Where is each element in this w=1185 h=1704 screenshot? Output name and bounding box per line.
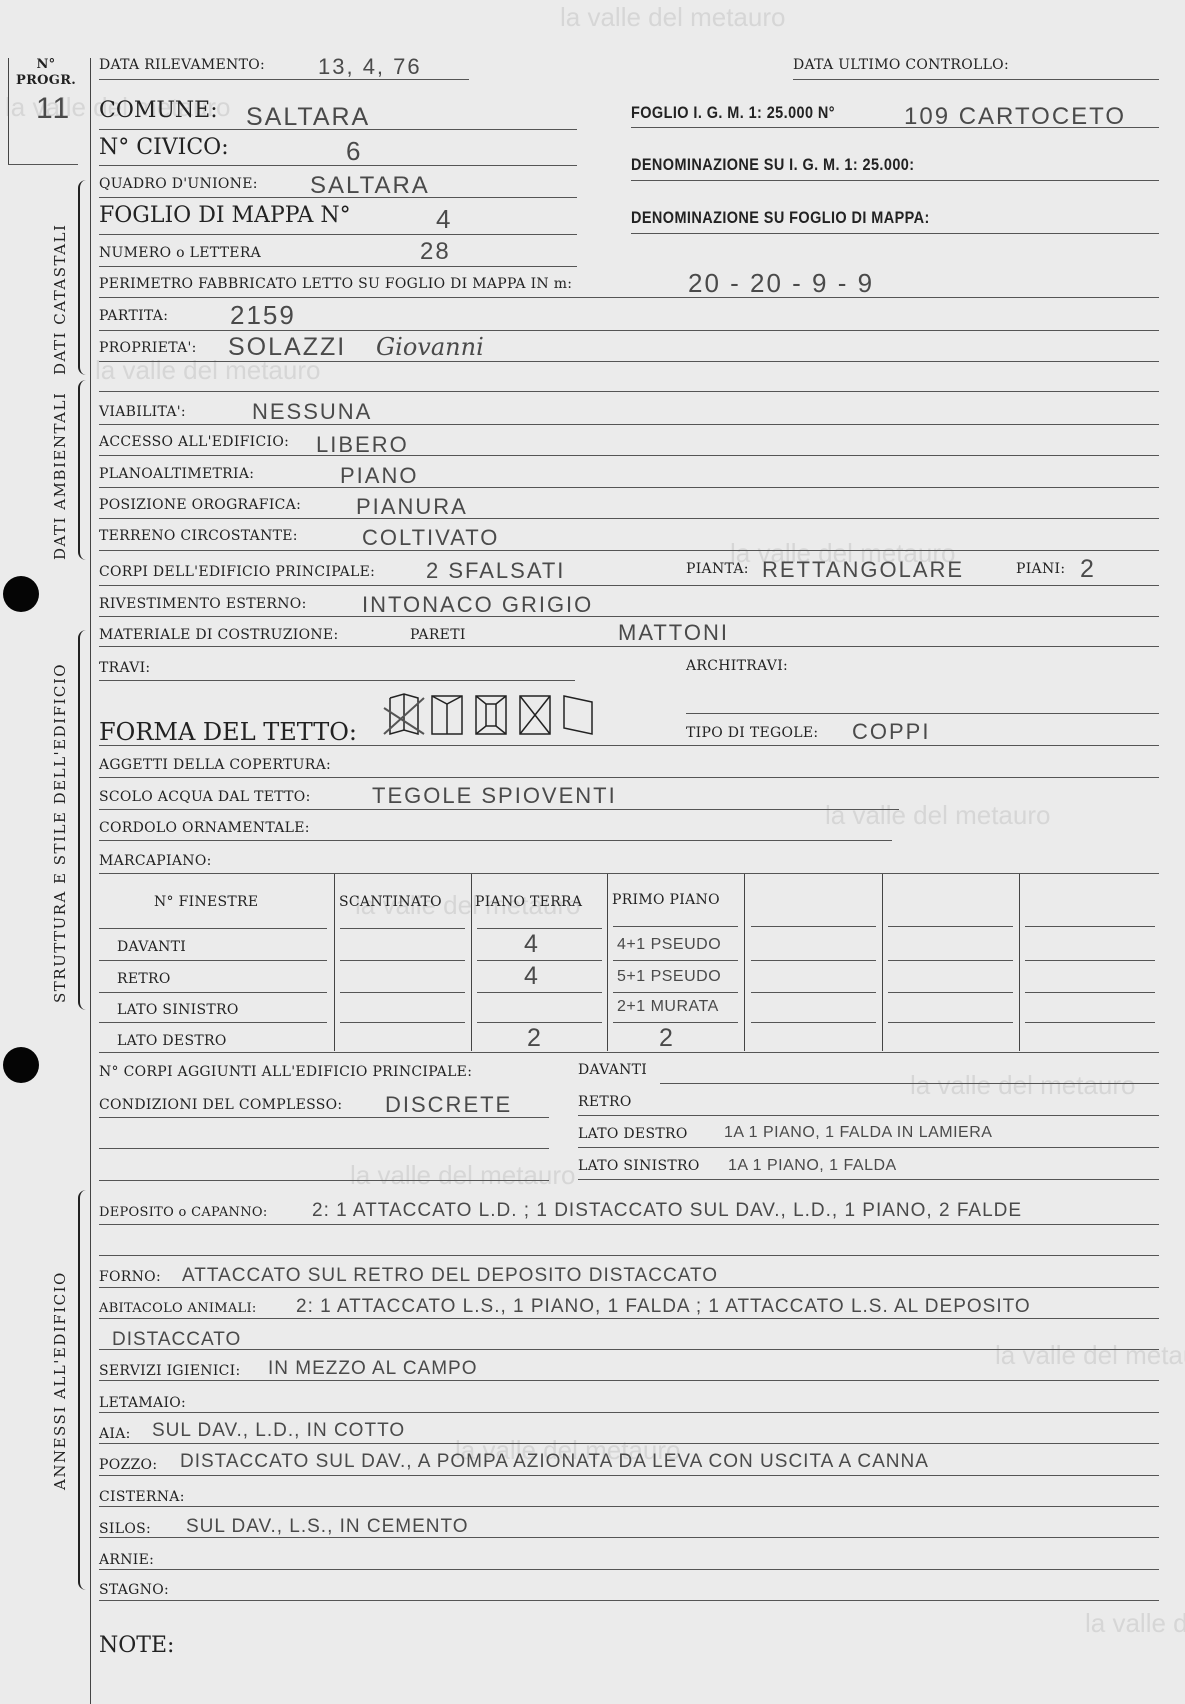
perimetro-label: PERIMETRO FABBRICATO LETTO SU FOGLIO DI … — [99, 276, 572, 292]
aia-field[interactable]: SUL DAV., L.D., IN COTTO — [152, 1420, 405, 1442]
corpi-label: CORPI DELL'EDIFICIO PRINCIPALE: — [99, 564, 375, 580]
roof-padiglione-icon[interactable] — [476, 696, 506, 734]
partita-field[interactable]: 2159 — [230, 300, 296, 331]
field-underline — [578, 1179, 1159, 1180]
roof-shapes — [380, 690, 600, 740]
field-underline — [99, 424, 1159, 425]
aia-label: AIA: — [99, 1426, 131, 1442]
igm-denom-label: DENOMINAZIONE SU I. G. M. 1: 25.000: — [631, 155, 914, 175]
row-line — [888, 926, 1013, 927]
row-line — [613, 926, 738, 927]
section-brace — [78, 180, 88, 375]
margin-line — [90, 58, 91, 1704]
aggiunti-davanti-label: DAVANTI — [578, 1062, 647, 1078]
table-cell[interactable]: 2 — [527, 1024, 543, 1053]
progr-label: N° PROGR. — [16, 57, 76, 89]
aggetti-field[interactable] — [99, 777, 1159, 778]
servizi-field[interactable]: IN MEZZO AL CAMPO — [268, 1358, 478, 1380]
pianta-label: PIANTA: — [686, 561, 749, 577]
proprieta-field-cursive[interactable]: Giovanni — [376, 333, 484, 361]
field-underline — [99, 745, 1159, 746]
viabilita-label: VIABILITA': — [99, 404, 186, 420]
side-label-catastali: DATI CATASTALI — [51, 224, 69, 375]
row-label: LATO SINISTRO — [117, 1002, 239, 1018]
field-underline — [99, 550, 1159, 551]
architravi-field[interactable] — [686, 713, 1159, 714]
posizione-label: POSIZIONE OROGRAFICA: — [99, 497, 301, 513]
posizione-field[interactable]: PIANURA — [356, 494, 468, 520]
table-cell[interactable]: 2+1 MURATA — [617, 998, 719, 1016]
travi-label: TRAVI: — [99, 660, 150, 676]
civico-field[interactable]: 6 — [346, 136, 362, 167]
field-underline — [99, 616, 1159, 617]
scolo-label: SCOLO ACQUA DAL TETTO: — [99, 789, 311, 805]
aggiunti-destro-label: LATO DESTRO — [578, 1126, 688, 1142]
partita-label: PARTITA: — [99, 308, 168, 324]
field-underline — [99, 1318, 1159, 1319]
cordolo-label: CORDOLO ORNAMENTALE: — [99, 820, 310, 836]
forno-field[interactable]: ATTACCATO SUL RETRO DEL DEPOSITO DISTACC… — [182, 1265, 718, 1287]
civico-label: N° CIVICO: — [99, 135, 229, 160]
animali-field-cont[interactable]: DISTACCATO — [112, 1329, 241, 1351]
deposito-label: DEPOSITO o CAPANNO: — [99, 1205, 268, 1220]
igm-foglio-label: FOGLIO I. G. M. 1: 25.000 N° — [631, 103, 835, 123]
accesso-label: ACCESSO ALL'EDIFICIO: — [99, 434, 289, 450]
architravi-label: ARCHITRAVI: — [686, 658, 788, 674]
field-underline — [99, 646, 1159, 647]
note-label: NOTE: — [99, 1633, 174, 1658]
field-underline — [99, 266, 577, 267]
viabilita-field[interactable]: NESSUNA — [252, 399, 372, 425]
table-row: LATO SINISTRO 2+1 MURATA — [99, 992, 1159, 1022]
side-label-ambientali: DATI AMBIENTALI — [51, 392, 69, 560]
comune-label: COMUNE: — [99, 98, 218, 123]
table-bottom-line — [99, 1052, 1159, 1053]
field-underline — [99, 1180, 549, 1181]
data-rilevamento-field[interactable]: 13, 4, 76 — [318, 54, 422, 80]
cisterna-label: CISTERNA: — [99, 1489, 185, 1505]
field-underline — [99, 1443, 1159, 1444]
binder-hole — [3, 1047, 39, 1083]
arnie-label: ARNIE: — [99, 1552, 154, 1568]
field-underline — [99, 361, 1159, 362]
aggiunti-retro-label: RETRO — [578, 1094, 632, 1110]
section-brace — [78, 1190, 88, 1590]
table-row: DAVANTI 4 4+1 PSEUDO — [99, 928, 1159, 960]
quadro-label: QUADRO D'UNIONE: — [99, 176, 258, 192]
piani-label: PIANI: — [1016, 561, 1065, 577]
data-ultimo-controllo-field[interactable] — [793, 79, 1159, 80]
field-underline — [99, 79, 469, 80]
row-label: LATO DESTRO — [117, 1033, 227, 1049]
side-label-annessi: ANNESSI ALL'EDIFICIO — [51, 1271, 69, 1490]
numero-label: NUMERO o LETTERA — [99, 245, 261, 261]
aggiunti-label: N° CORPI AGGIUNTI ALL'EDIFICIO PRINCIPAL… — [99, 1064, 472, 1080]
field-underline — [99, 1255, 1159, 1256]
table-cell[interactable]: 4 — [524, 930, 540, 959]
pianta-field[interactable]: RETTANGOLARE — [762, 557, 964, 583]
pareti-label: PARETI — [410, 627, 466, 643]
tegole-field[interactable]: COPPI — [852, 719, 930, 745]
field-underline — [578, 1147, 1159, 1148]
section-brace — [78, 380, 88, 560]
numero-field[interactable]: 28 — [420, 238, 451, 266]
proprieta-label: PROPRIETA': — [99, 340, 197, 356]
proprieta-field[interactable]: SOLAZZI — [228, 333, 346, 362]
table-row: LATO DESTRO 2 2 — [99, 1022, 1159, 1052]
watermark: la valle del metauro — [825, 800, 1050, 831]
row-line — [1025, 926, 1155, 927]
field-underline — [99, 1475, 1159, 1476]
field-underline — [99, 330, 1159, 331]
condizioni-label: CONDIZIONI DEL COMPLESSO: — [99, 1097, 342, 1113]
rivestimento-field[interactable]: INTONACO GRIGIO — [362, 592, 593, 618]
table-cell[interactable]: 4 — [524, 962, 540, 991]
cordolo-field[interactable] — [99, 840, 892, 841]
tegole-label: TIPO DI TEGOLE: — [686, 725, 818, 741]
stagno-label: STAGNO: — [99, 1582, 169, 1598]
letamaio-label: LETAMAIO: — [99, 1395, 186, 1411]
plano-label: PLANOALTIMETRIA: — [99, 466, 254, 482]
forno-label: FORNO: — [99, 1269, 161, 1285]
terreno-label: TERRENO CIRCOSTANTE: — [99, 528, 298, 544]
watermark: la valle del metauro — [910, 1070, 1135, 1101]
foglio-label: FOGLIO DI MAPPA N° — [99, 203, 351, 228]
rivestimento-label: RIVESTIMENTO ESTERNO: — [99, 596, 307, 612]
plano-field[interactable]: PIANO — [340, 463, 418, 489]
field-underline — [99, 1349, 1159, 1350]
field-underline — [99, 809, 899, 810]
field-underline — [99, 297, 1159, 298]
field-underline — [99, 1148, 549, 1149]
deposito-field[interactable]: 2: 1 ATTACCATO L.D. ; 1 DISTACCATO SUL D… — [312, 1200, 1022, 1222]
field-underline — [99, 455, 1159, 456]
field-underline — [99, 129, 577, 130]
foglio-field[interactable]: 4 — [436, 204, 452, 235]
cisterna-field[interactable] — [99, 1506, 1159, 1507]
field-underline — [99, 518, 1159, 519]
field-underline — [99, 487, 1159, 488]
pareti-field[interactable]: MATTONI — [618, 620, 729, 646]
mappa-denom-label: DENOMINAZIONE SU FOGLIO DI MAPPA: — [631, 208, 930, 228]
progr-value[interactable]: 11 — [36, 92, 71, 126]
table-cell[interactable]: 2 — [659, 1024, 675, 1053]
table-header: PIANO TERRA — [475, 894, 582, 910]
terreno-field[interactable]: COLTIVATO — [362, 525, 499, 551]
roof-quattro-falde-icon[interactable] — [520, 696, 550, 734]
table-cell[interactable]: 4+1 PSEUDO — [617, 936, 721, 954]
pozzo-label: POZZO: — [99, 1457, 157, 1473]
table-row: RETRO 4 5+1 PSEUDO — [99, 960, 1159, 992]
silos-label: SILOS: — [99, 1521, 151, 1537]
piani-field[interactable]: 2 — [1080, 555, 1096, 584]
progr-box-border — [8, 58, 9, 164]
section-brace — [78, 630, 88, 1010]
binder-hole — [3, 576, 39, 612]
field-underline — [99, 1537, 1159, 1538]
silos-field[interactable]: SUL DAV., L.S., IN CEMENTO — [186, 1516, 469, 1538]
letamaio-field[interactable] — [99, 1412, 1159, 1413]
field-underline — [99, 165, 577, 166]
note-field[interactable] — [180, 1630, 1160, 1700]
field-underline — [99, 234, 577, 235]
field-underline — [99, 197, 577, 198]
scolo-field[interactable]: TEGOLE SPIOVENTI — [372, 783, 617, 809]
data-ultimo-controllo-label: DATA ULTIMO CONTROLLO: — [793, 57, 1009, 73]
materiale-label: MATERIALE DI COSTRUZIONE: — [99, 627, 338, 643]
roof-capanna-icon[interactable] — [432, 696, 462, 734]
mappa-denom-field[interactable] — [631, 233, 1159, 234]
watermark: la valle del metauro — [995, 1340, 1185, 1371]
aggiunti-retro-field[interactable] — [578, 1115, 1159, 1116]
pozzo-field[interactable]: DISTACCATO SUL DAV., A POMPA AZIONATA DA… — [180, 1451, 929, 1473]
condizioni-field[interactable]: DISCRETE — [385, 1092, 512, 1118]
field-underline — [99, 391, 1159, 392]
stagno-field[interactable] — [99, 1600, 1159, 1601]
field-underline — [99, 1224, 1159, 1225]
arnie-field[interactable] — [99, 1569, 1159, 1570]
row-label: RETRO — [117, 971, 171, 987]
field-underline — [99, 1287, 1159, 1288]
table-cell[interactable]: 5+1 PSEUDO — [617, 968, 721, 986]
igm-denom-field[interactable] — [631, 180, 1159, 181]
marcapiano-label: MARCAPIANO: — [99, 853, 212, 869]
progr-box-border — [8, 164, 78, 165]
data-rilevamento-label: DATA RILEVAMENTO: — [99, 57, 265, 73]
table-header: N° FINESTRE — [154, 894, 258, 910]
animali-field[interactable]: 2: 1 ATTACCATO L.S., 1 PIANO, 1 FALDA ; … — [296, 1296, 1031, 1318]
roof-padiglione-spezzato-icon[interactable] — [384, 694, 424, 734]
watermark: la valle del metauro — [350, 1160, 575, 1191]
perimetro-field[interactable]: 20 - 20 - 9 - 9 — [688, 268, 874, 299]
aggiunti-sinistro-field[interactable]: 1A 1 PIANO, 1 FALDA — [728, 1157, 897, 1175]
row-label: DAVANTI — [117, 939, 186, 955]
aggiunti-davanti-field[interactable] — [660, 1083, 1159, 1084]
aggetti-label: AGGETTI DELLA COPERTURA: — [99, 757, 331, 773]
quadro-field[interactable]: SALTARA — [310, 172, 430, 200]
animali-label: ABITACOLO ANIMALI: — [99, 1301, 257, 1316]
field-underline — [99, 585, 1159, 586]
field-underline — [631, 127, 1159, 128]
table-header: PRIMO PIANO — [612, 892, 720, 908]
roof-una-falda-icon[interactable] — [564, 696, 592, 734]
side-label-struttura: STRUTTURA E STILE DELL'EDIFICIO — [51, 663, 69, 1003]
field-underline — [99, 1380, 1159, 1381]
field-underline — [99, 1117, 549, 1118]
travi-field[interactable] — [99, 680, 575, 681]
table-header: SCANTINATO — [339, 894, 442, 910]
servizi-label: SERVIZI IGIENICI: — [99, 1363, 241, 1379]
aggiunti-sinistro-label: LATO SINISTRO — [578, 1158, 700, 1174]
comune-field[interactable]: SALTARA — [246, 103, 370, 132]
corpi-field[interactable]: 2 SFALSATI — [426, 558, 565, 584]
aggiunti-destro-field[interactable]: 1A 1 PIANO, 1 FALDA IN LAMIERA — [724, 1124, 992, 1142]
tetto-label: FORMA DEL TETTO: — [99, 718, 357, 746]
watermark: la valle del metauro — [560, 2, 785, 33]
row-line — [751, 926, 876, 927]
finestre-table: N° FINESTRE SCANTINATO PIANO TERRA PRIMO… — [99, 874, 1159, 1052]
